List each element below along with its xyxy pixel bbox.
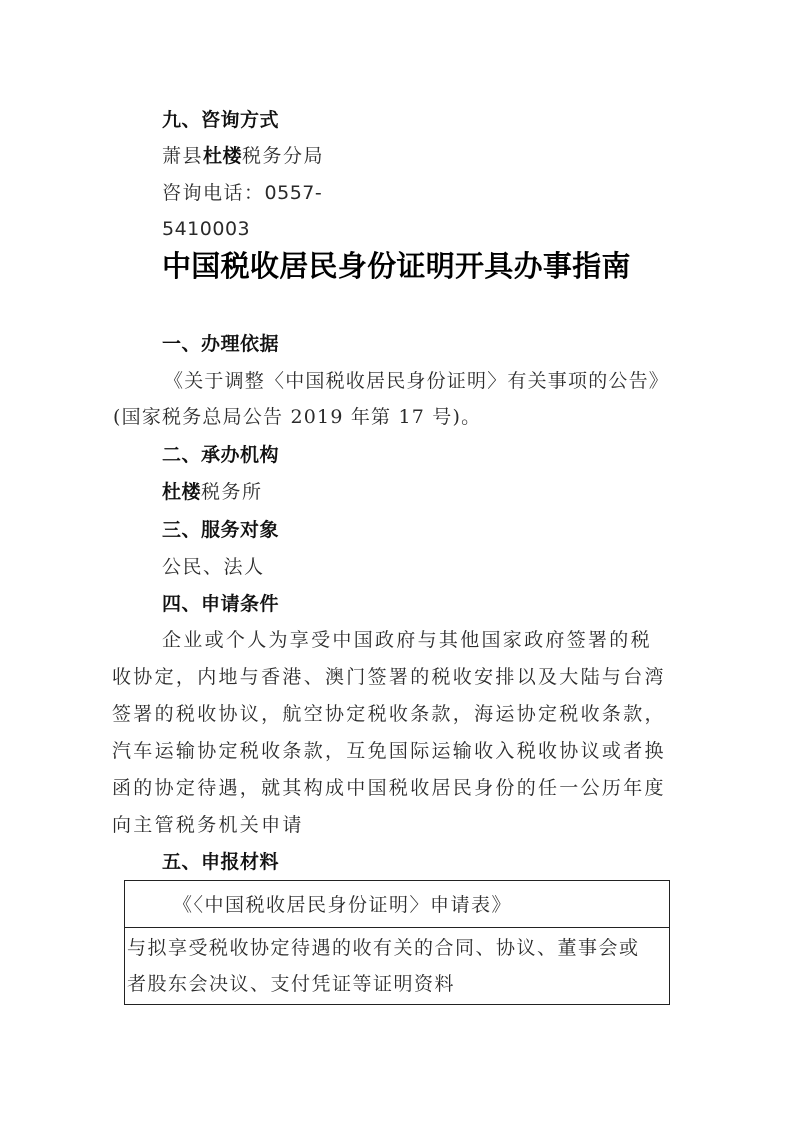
condition-line-6: 向主管税务机关申请 (112, 813, 304, 837)
consult-phone: 咨询电话：0557- (162, 181, 322, 205)
condition-line-1: 企业或个人为享受中国政府与其他国家政府签署的税 (162, 628, 652, 652)
materials-row-application-form: 《〈中国税收居民身份证明〉申请表》 (125, 881, 669, 927)
basis-line-1: 《关于调整〈中国税收居民身份证明〉有关事项的公告》 (164, 369, 669, 393)
service-target: 公民、法人 (162, 555, 265, 579)
section-2-heading: 二、承办机构 (162, 443, 279, 467)
document-title: 中国税收居民身份证明开具办事指南 (162, 246, 631, 286)
basis-line-2: (国家税务总局公告 2019 年第 17 号)。 (113, 405, 481, 429)
materials-table: 《〈中国税收居民身份证明〉申请表》 与拟享受税收协定待遇的收有关的合同、协议、董… (124, 880, 670, 1005)
materials-row-2-line-1: 与拟享受税收协定待遇的收有关的合同、协议、董事会或 (127, 930, 669, 966)
section-5-heading: 五、申报材料 (162, 850, 279, 874)
phone-label: 咨询电话： (162, 182, 265, 204)
agency-bold-name: 杜楼 (162, 481, 201, 503)
materials-row-supporting-docs: 与拟享受税收协定待遇的收有关的合同、协议、董事会或 者股东会决议、支付凭证等证明… (125, 927, 669, 1004)
materials-row-2-line-2: 者股东会决议、支付凭证等证明资料 (127, 966, 669, 1002)
phone-number-part2: 5410003 (162, 217, 250, 241)
section-3-heading: 三、服务对象 (162, 518, 279, 542)
section-1-heading: 一、办理依据 (162, 332, 279, 356)
office-prefix: 萧县 (162, 145, 203, 167)
agency-line: 杜楼税务所 (162, 480, 263, 504)
section-4-heading: 四、申请条件 (162, 592, 279, 616)
condition-line-5: 函的协定待遇，就其构成中国税收居民身份的任一公历年度 (112, 776, 666, 800)
condition-line-4: 汽车运输协定税收条款，互免国际运输收入税收协议或者换 (112, 739, 666, 763)
consult-office: 萧县杜楼税务分局 (162, 144, 324, 168)
condition-line-3: 签署的税收协议，航空协定税收条款，海运协定税收条款， (112, 702, 666, 726)
section-9-heading: 九、咨询方式 (162, 108, 279, 132)
materials-row-1-text: 《〈中国税收居民身份证明〉申请表》 (173, 894, 512, 916)
phone-number-part1: 0557- (265, 182, 323, 204)
office-bold-name: 杜楼 (203, 145, 242, 167)
office-suffix: 税务分局 (242, 145, 324, 167)
condition-line-2: 收协定，内地与香港、澳门签署的税收安排以及大陆与台湾 (112, 665, 666, 689)
agency-suffix: 税务所 (201, 481, 263, 503)
